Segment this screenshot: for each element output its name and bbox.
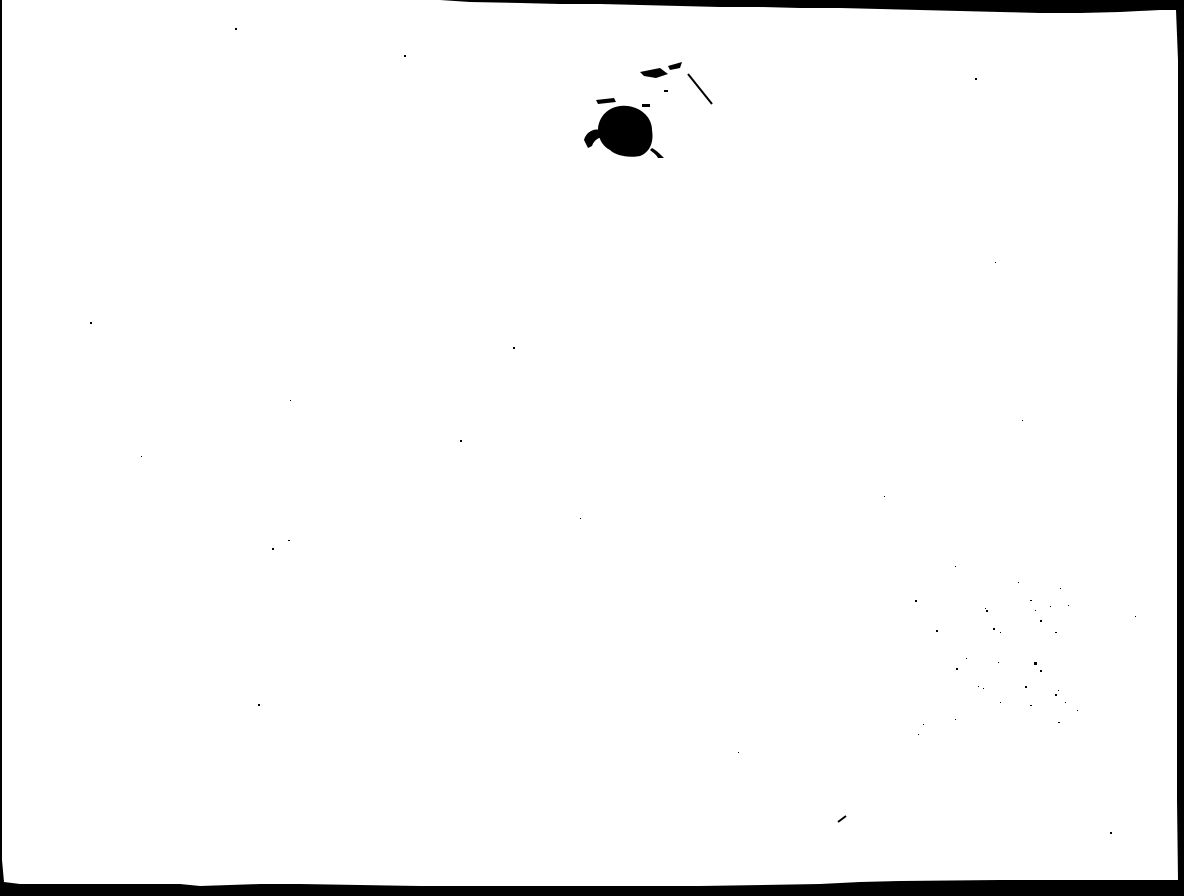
- left-edge-line: [0, 0, 2, 896]
- paper-sheet: [0, 0, 1184, 896]
- scanned-page: [0, 0, 1184, 896]
- paper-surface: [0, 0, 1178, 886]
